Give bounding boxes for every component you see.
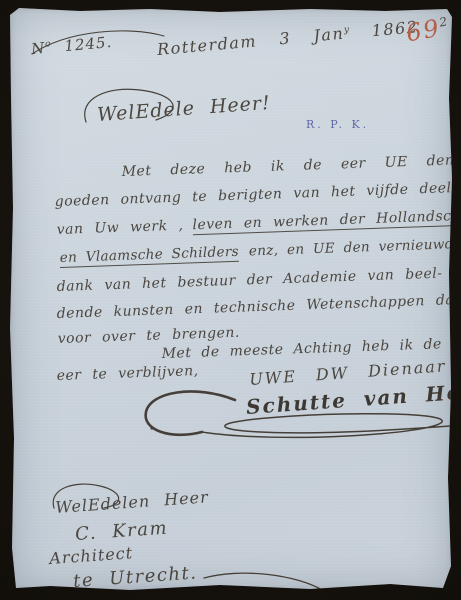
body-line-4: en Vlaamsche Schildersenz, en UE den ver… — [59, 236, 461, 266]
body-line-9: eer te verblijven, — [56, 363, 198, 384]
archive-number-sup: 2 — [438, 15, 448, 30]
city-underline-flourish — [200, 564, 330, 598]
dateline: Rotterdam 3 Jany 1862 — [156, 17, 419, 59]
body-line-2: goeden ontvang te berigten van het vijfd… — [54, 180, 451, 210]
body-line-3-plain: van Uw werk , — [56, 218, 183, 238]
dateline-month-sup: y — [343, 25, 349, 35]
body-line-4-plain: enz, en UE den vernieuwden — [249, 236, 461, 260]
recipient-city: te Utrecht. — [73, 562, 199, 592]
body-line-1: Met deze heb ik de eer UE den — [121, 152, 454, 180]
body-line-6: dende kunsten en technische Wetenschappe… — [56, 291, 461, 322]
recipient-profession: Architect — [49, 543, 134, 568]
archive-number-main: 69 — [404, 14, 443, 48]
underlined-book-title-part-2: en Vlaamsche Schilders — [59, 244, 239, 268]
letter-paper: No 1245. Rotterdam 3 Jany 1862 692 WelEd… — [10, 8, 452, 590]
dateline-place-day-month: Rotterdam 3 Jan — [156, 24, 345, 59]
reference-number-sup: o — [45, 39, 51, 49]
body-line-3: van Uw werk ,leven en werken der Holland… — [56, 208, 461, 238]
photo-background: No 1245. Rotterdam 3 Jany 1862 692 WelEd… — [0, 0, 461, 600]
collection-stamp: R. P. K. — [306, 118, 369, 131]
underlined-book-title-part-1: leven en werken der Hollandsche — [192, 208, 461, 236]
archive-number-red: 692 — [404, 13, 450, 48]
recipient-name: C. Kram — [75, 518, 169, 545]
body-line-5: dank van het bestuur der Academie van be… — [56, 266, 442, 295]
